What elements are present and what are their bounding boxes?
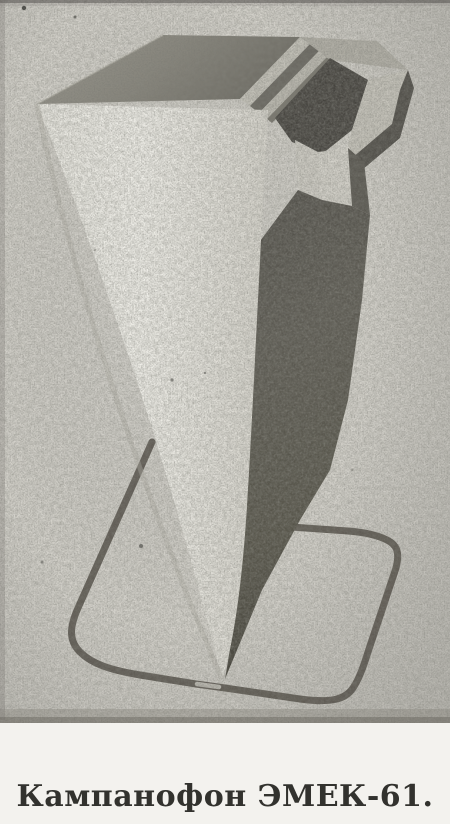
halftone-photo bbox=[0, 0, 450, 824]
photo-grain-coarse bbox=[0, 0, 450, 723]
figure-caption: Кампанофон ЭМЕК-61. bbox=[0, 779, 450, 814]
figure-campanophone: Кампанофон ЭМЕК-61. bbox=[0, 0, 450, 824]
